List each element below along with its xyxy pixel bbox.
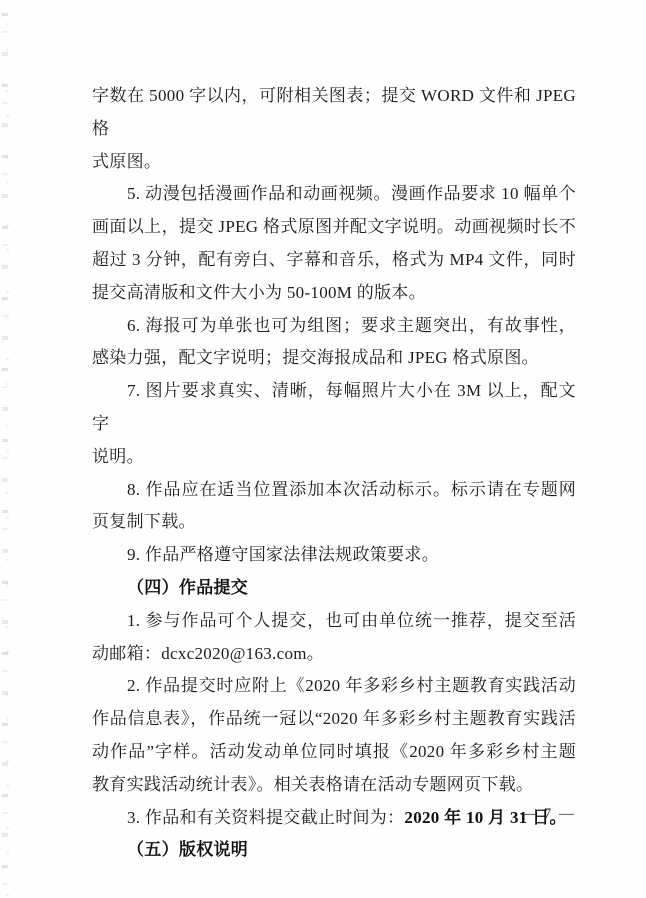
heading-line: （四）作品提交 [92, 572, 576, 605]
text-line: 7. 图片要求真实、清晰，每幅照片大小在 3M 以上，配文字 [92, 375, 576, 441]
scan-artifacts-icon [6, 0, 9, 898]
text-line: 动邮箱：dcxc2020@163.com。 [92, 638, 576, 671]
text-segment: 8. 作品应在适当位置添加本次活动标示。标示请在专题网 [127, 480, 576, 499]
text-segment: 动作品”字样。活动发动单位同时填报《2020 年多彩乡村主题 [92, 742, 576, 761]
text-line: 5. 动漫包括漫画作品和动画视频。漫画作品要求 10 幅单个 [92, 178, 576, 211]
text-segment: 动邮箱：dcxc2020@163.com。 [92, 644, 324, 663]
text-segment: 6. 海报可为单张也可为组图；要求主题突出，有故事性， [127, 316, 576, 335]
text-line: 动作品”字样。活动发动单位同时填报《2020 年多彩乡村主题 [92, 736, 576, 769]
text-segment: 9. 作品严格遵守国家法律法规政策要求。 [127, 545, 439, 564]
text-line: 教育实践活动统计表》。相关表格请在活动专题网页下载。 [92, 769, 576, 802]
heading-line: （五）版权说明 [92, 834, 576, 867]
text-line: 2. 作品提交时应附上《2020 年多彩乡村主题教育实践活动 [92, 670, 576, 703]
text-line: 超过 3 分钟，配有旁白、字幕和音乐，格式为 MP4 文件，同时 [92, 244, 576, 277]
text-segment: 作品信息表》，作品统一冠以“2020 年多彩乡村主题教育实践活 [92, 709, 576, 728]
text-segment: 感染力强，配文字说明；提交海报成品和 JPEG 格式原图。 [92, 348, 539, 367]
page-number: — 7 — [92, 806, 576, 823]
text-segment: 5. 动漫包括漫画作品和动画视频。漫画作品要求 10 幅单个 [127, 184, 576, 203]
document-page: 字数在 5000 字以内，可附相关图表；提交 WORD 文件和 JPEG 格式原… [0, 0, 646, 898]
text-segment: 画面以上，提交 JPEG 格式原图并配文字说明。动画视频时长不 [92, 217, 576, 236]
text-line: 说明。 [92, 441, 576, 474]
text-segment: （四）作品提交 [127, 578, 248, 597]
text-line: 9. 作品严格遵守国家法律法规政策要求。 [92, 539, 576, 572]
text-segment: 页复制下载。 [92, 512, 196, 531]
text-segment: （五）版权说明 [127, 840, 248, 859]
text-line: 6. 海报可为单张也可为组图；要求主题突出，有故事性， [92, 310, 576, 343]
text-line: 字数在 5000 字以内，可附相关图表；提交 WORD 文件和 JPEG 格 [92, 80, 576, 146]
text-line: 画面以上，提交 JPEG 格式原图并配文字说明。动画视频时长不 [92, 211, 576, 244]
text-line: 提交高清版和文件大小为 50-100M 的版本。 [92, 277, 576, 310]
text-segment: 式原图。 [92, 152, 161, 171]
text-line: 1. 参与作品可个人提交，也可由单位统一推荐，提交至活 [92, 605, 576, 638]
text-segment: 教育实践活动统计表》。相关表格请在活动专题网页下载。 [92, 775, 533, 794]
text-segment: 字数在 5000 字以内，可附相关图表；提交 WORD 文件和 JPEG 格 [92, 86, 581, 138]
text-segment: 提交高清版和文件大小为 50-100M 的版本。 [92, 283, 426, 302]
text-segment: 说明。 [92, 447, 144, 466]
scan-artifacts-icon [2, 0, 8, 898]
text-line: 8. 作品应在适当位置添加本次活动标示。标示请在专题网 [92, 474, 576, 507]
text-line: 作品信息表》，作品统一冠以“2020 年多彩乡村主题教育实践活 [92, 703, 576, 736]
text-line: 式原图。 [92, 146, 576, 179]
text-line: 页复制下载。 [92, 506, 576, 539]
text-line: 感染力强，配文字说明；提交海报成品和 JPEG 格式原图。 [92, 342, 576, 375]
text-segment: 7. 图片要求真实、清晰，每幅照片大小在 3M 以上，配文字 [92, 381, 576, 433]
text-segment: 超过 3 分钟，配有旁白、字幕和音乐，格式为 MP4 文件，同时 [92, 250, 576, 269]
text-segment: 1. 参与作品可个人提交，也可由单位统一推荐，提交至活 [127, 611, 576, 630]
text-segment: 2. 作品提交时应附上《2020 年多彩乡村主题教育实践活动 [127, 676, 576, 695]
document-body: 字数在 5000 字以内，可附相关图表；提交 WORD 文件和 JPEG 格式原… [92, 80, 576, 867]
